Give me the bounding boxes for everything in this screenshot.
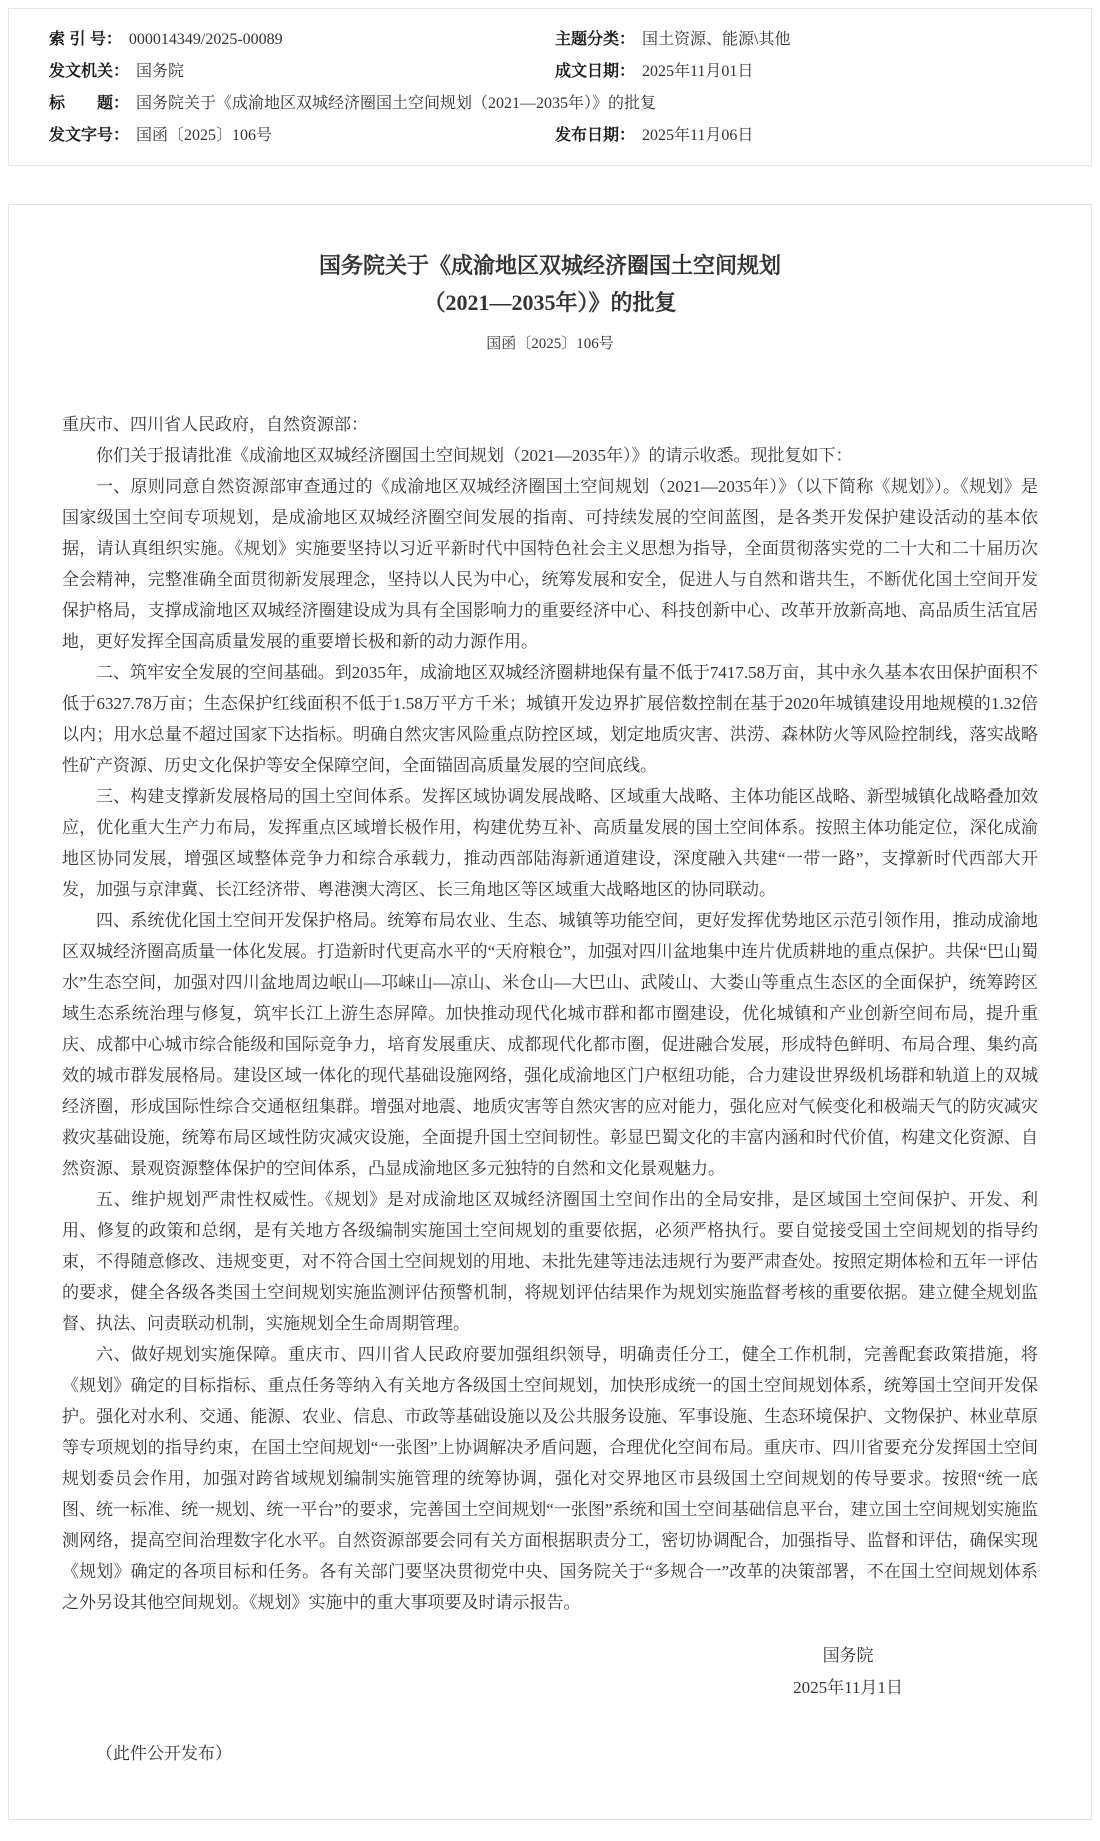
meta-doc-number: 发文字号：国函〔2025〕106号 xyxy=(49,120,555,152)
meta-date-published-label: 发布日期： xyxy=(555,127,635,144)
paragraph-3: 三、构建支撑新发展格局的国土空间体系。发挥区域协调发展战略、区域重大战略、主体功… xyxy=(62,781,1038,905)
meta-title-value: 国务院关于《成渝地区双城经济圈国土空间规划（2021—2035年）》的批复 xyxy=(136,95,656,112)
paragraph-intro: 你们关于报请批准《成渝地区双城经济圈国土空间规划（2021—2035年）》的请示… xyxy=(62,440,1038,471)
paragraph-4: 四、系统优化国土空间开发保护格局。统筹布局农业、生态、城镇等功能空间，更好发挥优… xyxy=(62,905,1038,1184)
meta-index-number: 索 引 号：000014349/2025-00089 xyxy=(49,24,555,56)
paragraph-6: 六、做好规划实施保障。重庆市、四川省人民政府要加强组织领导，明确责任分工，健全工… xyxy=(62,1339,1038,1618)
signature-date: 2025年11月1日 xyxy=(793,1672,903,1704)
meta-date-written-value: 2025年11月01日 xyxy=(642,63,753,80)
meta-category-label: 主题分类： xyxy=(555,31,635,48)
document-text: 重庆市、四川省人民政府，自然资源部： 你们关于报请批准《成渝地区双城经济圈国土空… xyxy=(62,409,1038,1769)
paragraph-5: 五、维护规划严肃性权威性。《规划》是对成渝地区双城经济圈国土空间作出的全局安排，… xyxy=(62,1184,1038,1339)
document-body-panel: 国务院关于《成渝地区双城经济圈国土空间规划 （2021—2035年）》的批复 国… xyxy=(8,204,1092,1820)
meta-title: 标 题：国务院关于《成渝地区双城经济圈国土空间规划（2021—2035年）》的批… xyxy=(49,88,1061,120)
signature-inner: 国务院 2025年11月1日 xyxy=(793,1640,903,1704)
meta-issuer-label: 发文机关： xyxy=(49,63,129,80)
meta-doc-number-value: 国函〔2025〕106号 xyxy=(136,127,272,144)
public-release-note: （此件公开发布） xyxy=(62,1738,1038,1769)
meta-topic-category: 主题分类：国土资源、能源\其他 xyxy=(555,24,1061,56)
paragraph-2: 二、筑牢安全发展的空间基础。到2035年，成渝地区双城经济圈耕地保有量不低于74… xyxy=(62,657,1038,781)
paragraph-1: 一、原则同意自然资源部审查通过的《成渝地区双城经济圈国土空间规划（2021—20… xyxy=(62,471,1038,657)
meta-date-published-value: 2025年11月06日 xyxy=(642,127,753,144)
signature-issuer: 国务院 xyxy=(793,1640,903,1672)
meta-category-value: 国土资源、能源\其他 xyxy=(642,31,790,48)
salutation: 重庆市、四川省人民政府，自然资源部： xyxy=(62,409,1038,440)
page: 索 引 号：000014349/2025-00089 主题分类：国土资源、能源\… xyxy=(0,8,1100,1820)
meta-date-written: 成文日期：2025年11月01日 xyxy=(555,56,1061,88)
meta-index-label: 索 引 号： xyxy=(49,31,122,48)
meta-issuer-value: 国务院 xyxy=(136,63,184,80)
document-title-line2: （2021—2035年）》的批复 xyxy=(62,284,1038,321)
document-number: 国函〔2025〕106号 xyxy=(62,332,1038,353)
meta-doc-number-label: 发文字号： xyxy=(49,127,129,144)
document-title-line1: 国务院关于《成渝地区双城经济圈国土空间规划 xyxy=(62,247,1038,284)
meta-issuing-agency: 发文机关：国务院 xyxy=(49,56,555,88)
document-metadata-panel: 索 引 号：000014349/2025-00089 主题分类：国土资源、能源\… xyxy=(8,8,1092,166)
signature-block: 国务院 2025年11月1日 xyxy=(62,1640,1038,1704)
meta-date-published: 发布日期：2025年11月06日 xyxy=(555,120,1061,152)
meta-title-label: 标 题： xyxy=(49,95,129,112)
meta-index-value: 000014349/2025-00089 xyxy=(129,31,283,48)
meta-date-written-label: 成文日期： xyxy=(555,63,635,80)
document-title: 国务院关于《成渝地区双城经济圈国土空间规划 （2021—2035年）》的批复 xyxy=(62,247,1038,321)
metadata-grid: 索 引 号：000014349/2025-00089 主题分类：国土资源、能源\… xyxy=(49,24,1061,152)
